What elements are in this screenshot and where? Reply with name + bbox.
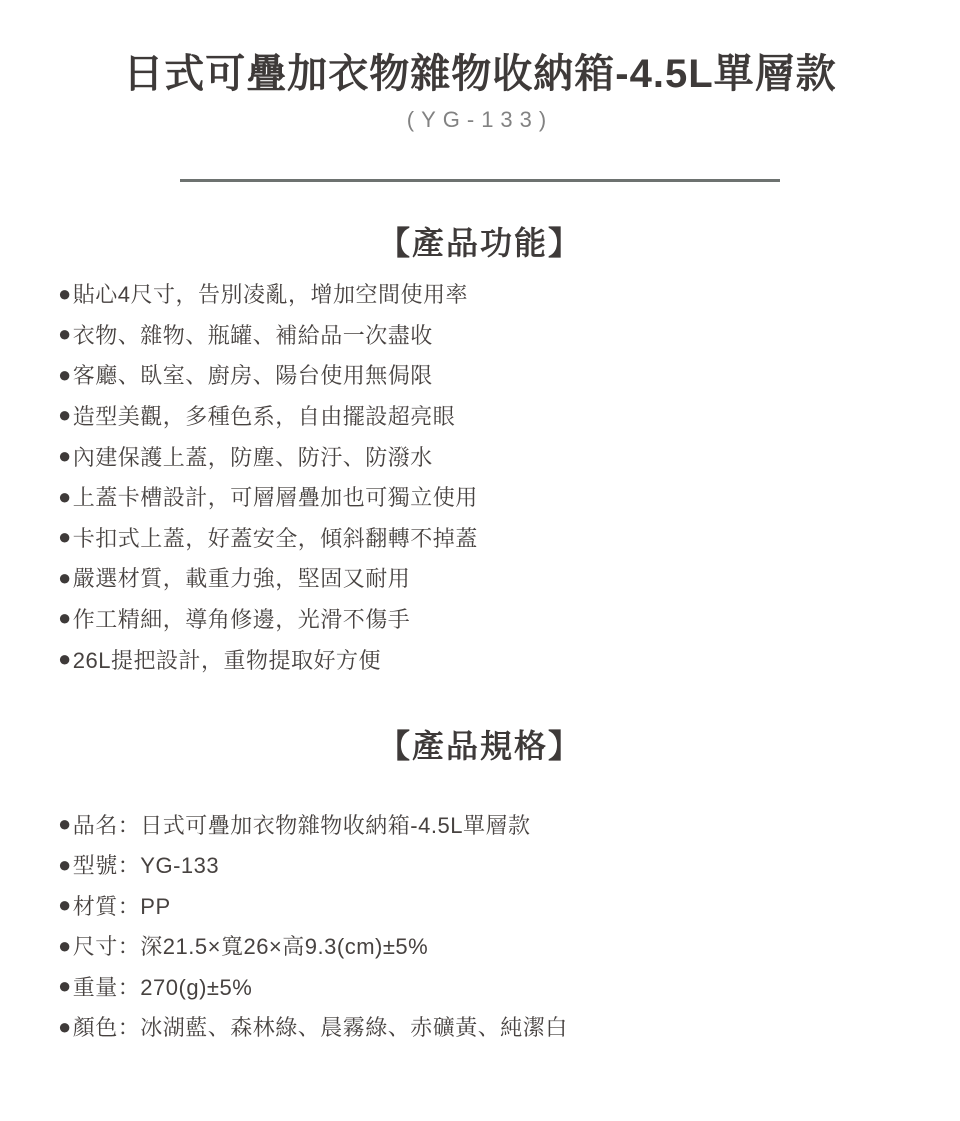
feature-text: 造型美觀，多種色系，自由擺設超亮眼 [73,400,456,431]
bullet-icon: ● [58,362,72,388]
feature-text: 嚴選材質，載重力強，堅固又耐用 [73,562,411,593]
spec-text: 型號：YG-133 [73,849,219,880]
bullet-icon: ● [58,852,72,878]
spec-item: ●尺寸：深21.5×寬26×高9.3(cm)±5% [58,926,920,967]
feature-item: ●作工精細，導角修邊，光滑不傷手 [58,598,920,639]
bullet-icon: ● [58,933,72,959]
feature-item: ●客廳、臥室、廚房、陽台使用無侷限 [58,355,920,396]
feature-item: ●內建保護上蓋，防塵、防汙、防潑水 [58,436,920,477]
bullet-icon: ● [58,321,72,347]
feature-text: 上蓋卡槽設計，可層層疊加也可獨立使用 [73,481,478,512]
spec-item: ●型號：YG-133 [58,844,920,885]
spec-item: ●重量：270(g)±5% [58,966,920,1007]
specs-list: ●品名：日式可疊加衣物雜物收納箱-4.5L單層款 ●型號：YG-133 ●材質：… [0,804,960,1048]
feature-item: ●上蓋卡槽設計，可層層疊加也可獨立使用 [58,476,920,517]
bullet-icon: ● [58,605,72,631]
bullet-icon: ● [58,443,72,469]
product-description-page: 日式可疊加衣物雜物收納箱-4.5L單層款 (YG-133) 【產品功能】 ●貼心… [0,0,960,1121]
feature-text: 26L提把設計，重物提取好方便 [73,644,381,675]
feature-item: ●卡扣式上蓋，好蓋安全，傾斜翻轉不掉蓋 [58,517,920,558]
bullet-icon: ● [58,811,72,837]
feature-text: 卡扣式上蓋，好蓋安全，傾斜翻轉不掉蓋 [73,522,478,553]
feature-text: 作工精細，導角修邊，光滑不傷手 [73,603,411,634]
bullet-icon: ● [58,565,72,591]
feature-item: ●26L提把設計，重物提取好方便 [58,639,920,680]
bullet-icon: ● [58,892,72,918]
bullet-icon: ● [58,1014,72,1040]
spec-item: ●材質：PP [58,885,920,926]
feature-text: 貼心4尺寸，告別凌亂，增加空間使用率 [73,278,468,309]
divider [180,179,780,182]
bullet-icon: ● [58,524,72,550]
feature-item: ●嚴選材質，載重力強，堅固又耐用 [58,558,920,599]
spec-text: 品名：日式可疊加衣物雜物收納箱-4.5L單層款 [73,809,531,840]
feature-item: ●貼心4尺寸，告別凌亂，增加空間使用率 [58,273,920,314]
spec-item: ●品名：日式可疊加衣物雜物收納箱-4.5L單層款 [58,804,920,845]
spec-text: 尺寸：深21.5×寬26×高9.3(cm)±5% [73,930,428,961]
specs-heading: 【產品規格】 [0,727,960,765]
spec-text: 材質：PP [73,890,171,921]
features-heading: 【產品功能】 [0,224,960,262]
spec-item: ●顏色：冰湖藍、森林綠、晨霧綠、赤礦黃、純潔白 [58,1007,920,1048]
bullet-icon: ● [58,646,72,672]
bullet-icon: ● [58,484,72,510]
model-code: (YG-133) [0,107,960,133]
bullet-icon: ● [58,973,72,999]
bullet-icon: ● [58,281,72,307]
spec-text: 重量：270(g)±5% [73,971,252,1002]
feature-item: ●衣物、雜物、瓶罐、補給品一次盡收 [58,314,920,355]
feature-text: 客廳、臥室、廚房、陽台使用無侷限 [73,359,433,390]
bullet-icon: ● [58,402,72,428]
feature-item: ●造型美觀，多種色系，自由擺設超亮眼 [58,395,920,436]
page-title: 日式可疊加衣物雜物收納箱-4.5L單層款 [0,0,960,96]
feature-text: 衣物、雜物、瓶罐、補給品一次盡收 [73,319,433,350]
spec-text: 顏色：冰湖藍、森林綠、晨霧綠、赤礦黃、純潔白 [73,1011,568,1042]
features-list: ●貼心4尺寸，告別凌亂，增加空間使用率 ●衣物、雜物、瓶罐、補給品一次盡收 ●客… [0,273,960,679]
feature-text: 內建保護上蓋，防塵、防汙、防潑水 [73,441,433,472]
